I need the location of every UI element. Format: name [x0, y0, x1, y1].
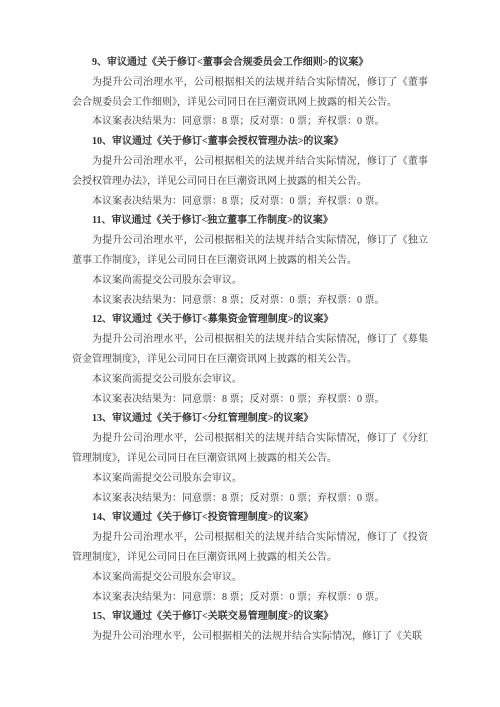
resolution-shareholder-note: 本议案尚需提交公司股东会审议。	[72, 469, 428, 489]
resolution-vote-result: 本议案表决结果为：同意票：8 票；反对票：0 票；弃权票：0 票。	[72, 588, 428, 608]
resolution-body: 为提升公司治理水平，公司根据相关的法规并结合实际情况，修订了《募集资金管理制度》…	[72, 330, 428, 370]
resolution-body: 为提升公司治理水平，公司根据相关的法规并结合实际情况，修订了《分红管理制度》，详…	[72, 429, 428, 469]
resolution-body: 为提升公司治理水平，公司根据相关的法规并结合实际情况，修订了《董事会授权管理办法…	[72, 152, 428, 192]
resolution-body: 为提升公司治理水平，公司根据相关的法规并结合实际情况，修订了《投资管理制度》，详…	[72, 528, 428, 568]
resolution-heading: 14、审议通过《关于修订<投资管理制度>的议案》	[72, 508, 428, 528]
resolution-heading: 12、审议通过《关于修订<募集资金管理制度>的议案》	[72, 310, 428, 330]
resolution-vote-result: 本议案表决结果为：同意票：8 票；反对票：0 票；弃权票：0 票。	[72, 192, 428, 212]
resolution-vote-result: 本议案表决结果为：同意票：8 票；反对票：0 票；弃权票：0 票。	[72, 291, 428, 311]
resolution-heading: 13、审议通过《关于修订<分红管理制度>的议案》	[72, 409, 428, 429]
resolution-vote-result: 本议案表决结果为：同意票：8 票；反对票：0 票；弃权票：0 票。	[72, 112, 428, 132]
resolution-section-12: 12、审议通过《关于修订<募集资金管理制度>的议案》 为提升公司治理水平，公司根…	[72, 310, 428, 409]
resolution-body-truncated: 为提升公司治理水平，公司根据相关的法规并结合实际情况，修订了《关联	[72, 627, 428, 647]
resolution-section-14: 14、审议通过《关于修订<投资管理制度>的议案》 为提升公司治理水平，公司根据相…	[72, 508, 428, 607]
resolution-heading: 9、审议通过《关于修订<董事会合规委员会工作细则>的议案》	[72, 53, 428, 73]
resolution-shareholder-note: 本议案尚需提交公司股东会审议。	[72, 370, 428, 390]
resolution-section-9: 9、审议通过《关于修订<董事会合规委员会工作细则>的议案》 为提升公司治理水平，…	[72, 53, 428, 132]
resolution-vote-result: 本议案表决结果为：同意票：8 票；反对票：0 票；弃权票：0 票。	[72, 390, 428, 410]
resolution-section-11: 11、审议通过《关于修订<独立董事工作制度>的议案》 为提升公司治理水平，公司根…	[72, 211, 428, 310]
resolution-section-10: 10、审议通过《关于修订<董事会授权管理办法>的议案》 为提升公司治理水平，公司…	[72, 132, 428, 211]
resolution-heading: 15、审议通过《关于修订<关联交易管理制度>的议案》	[72, 607, 428, 627]
resolution-shareholder-note: 本议案尚需提交公司股东会审议。	[72, 568, 428, 588]
resolution-section-15: 15、审议通过《关于修订<关联交易管理制度>的议案》 为提升公司治理水平，公司根…	[72, 607, 428, 647]
resolution-shareholder-note: 本议案尚需提交公司股东会审议。	[72, 271, 428, 291]
resolution-heading: 11、审议通过《关于修订<独立董事工作制度>的议案》	[72, 211, 428, 231]
document-page: 9、审议通过《关于修订<董事会合规委员会工作细则>的议案》 为提升公司治理水平，…	[0, 0, 500, 707]
resolution-section-13: 13、审议通过《关于修订<分红管理制度>的议案》 为提升公司治理水平，公司根据相…	[72, 409, 428, 508]
resolution-vote-result: 本议案表决结果为：同意票：8 票；反对票：0 票；弃权票：0 票。	[72, 489, 428, 509]
resolution-body: 为提升公司治理水平，公司根据相关的法规并结合实际情况，修订了《董事会合规委员会工…	[72, 73, 428, 113]
resolution-body: 为提升公司治理水平，公司根据相关的法规并结合实际情况，修订了《独立董事工作制度》…	[72, 231, 428, 271]
resolution-heading: 10、审议通过《关于修订<董事会授权管理办法>的议案》	[72, 132, 428, 152]
